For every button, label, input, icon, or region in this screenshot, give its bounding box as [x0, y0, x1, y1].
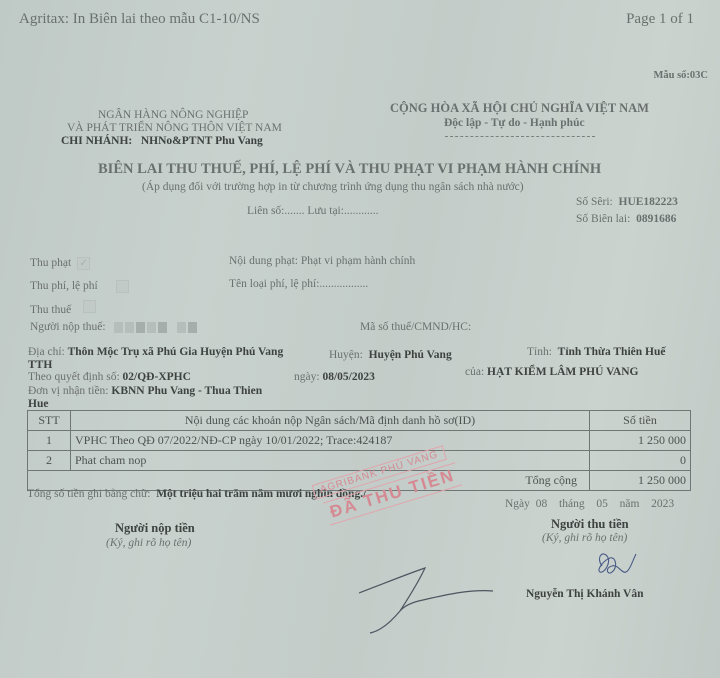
address-value: Thôn Mộc Trụ xã Phú Gia Huyện Phú Vang: [68, 346, 284, 358]
decision-date: ngày: 08/05/2023: [294, 371, 375, 383]
receipt-number: Số Biên lai: 0891686: [576, 213, 676, 225]
row-stt: 2: [28, 451, 71, 471]
collector-signature-icon: [592, 548, 642, 580]
category-label: Thu thuế: [30, 304, 71, 316]
province-value: Tỉnh Thừa Thiên Huế: [558, 346, 666, 358]
receipt-no-label: Số Biên lai:: [576, 213, 630, 225]
district-label: Huyện:: [329, 349, 363, 361]
issuer-line-2: VÀ PHÁT TRIỂN NÔNG THÔN VIỆT NAM: [67, 122, 282, 134]
receiver-continuation: Hue: [28, 398, 48, 410]
print-header-title: Agritax: In Biên lai theo mẫu C1-10/NS: [19, 11, 260, 28]
decision: Theo quyết định số: 02/QĐ-XPHC: [28, 371, 191, 383]
penalty-content-value: Phạt vi phạm hành chính: [301, 255, 415, 267]
row-amount: 0: [590, 451, 691, 471]
receiver-value: KBNN Phu Vang - Thua Thien: [111, 385, 262, 397]
collector-name: Nguyễn Thị Khánh Vân: [526, 588, 644, 600]
issuer-line-1: NGÂN HÀNG NÔNG NGHIỆP: [98, 109, 248, 121]
collector-signature-title: Người thu tiền: [551, 517, 629, 532]
province-label: Tỉnh:: [527, 346, 552, 358]
checkbox-icon[interactable]: [83, 300, 96, 313]
serial-number: Số Sêri: HUE182223: [576, 196, 678, 208]
decision-issuer: của: HẠT KIỂM LÂM PHÚ VANG: [465, 366, 638, 378]
category-thu-phi: Thu phí, lệ phí: [30, 280, 129, 293]
category-thu-phat: Thu phạt✓: [30, 257, 90, 270]
receiver-label: Đơn vị nhận tiền:: [28, 385, 109, 397]
serial-value: HUE182223: [619, 196, 678, 208]
receiver: Đơn vị nhận tiền: KBNN Phu Vang - Thua T…: [28, 385, 262, 397]
page-indicator: Page 1 of 1: [626, 11, 694, 28]
province: Tỉnh: Tỉnh Thừa Thiên Huế: [527, 346, 665, 358]
checkbox-icon[interactable]: [116, 280, 129, 293]
branch-label: CHI NHÁNH:: [61, 135, 132, 147]
total-value: 1 250 000: [590, 471, 691, 491]
address: Địa chỉ: Thôn Mộc Trụ xã Phú Gia Huyện P…: [28, 346, 283, 358]
decision-value: 02/QĐ-XPHC: [123, 371, 191, 383]
row-content: VPHC Theo QĐ 07/2022/NĐ-CP ngày 10/01/20…: [71, 431, 590, 451]
district: Huyện: Huyện Phú Vang: [329, 349, 452, 361]
motto-underline: [445, 136, 595, 137]
amount-in-words-label: Tổng số tiền ghi bằng chữ:: [27, 488, 150, 500]
document-title: BIÊN LAI THU THUẾ, PHÍ, LỆ PHÍ VÀ THU PH…: [98, 161, 601, 178]
payer-label: Người nộp thuế:: [30, 321, 106, 333]
address-label: Địa chỉ:: [28, 346, 65, 358]
collector-signature-note: (Ký, ghi rõ họ tên): [542, 532, 627, 544]
receipt-no-value: 0891686: [636, 213, 676, 225]
row-stt: 1: [28, 431, 71, 451]
decision-issuer-label: của:: [465, 366, 484, 378]
table-header-row: STT Nội dung các khoản nộp Ngân sách/Mã …: [28, 411, 691, 431]
fee-type: Tên loại phí, lệ phí:.................: [229, 278, 368, 290]
branch-value: NHNo&PTNT Phu Vang: [141, 135, 263, 147]
payer-row: Người nộp thuế:: [30, 321, 199, 333]
payer-signature-icon: [355, 565, 505, 635]
category-thu-thue: Thu thuế: [30, 304, 96, 317]
table-row: 1 VPHC Theo QĐ 07/2022/NĐ-CP ngày 10/01/…: [28, 431, 691, 451]
payer-signature-title: Người nộp tiền: [115, 521, 195, 536]
penalty-content: Nội dung phạt: Phạt vi phạm hành chính: [229, 255, 415, 267]
col-header-content: Nội dung các khoản nộp Ngân sách/Mã định…: [71, 411, 590, 431]
decision-label: Theo quyết định số:: [28, 371, 120, 383]
payer-signature-note: (Ký, ghi rõ họ tên): [106, 537, 191, 549]
penalty-content-label: Nội dung phạt:: [229, 255, 298, 267]
category-label: Thu phạt: [30, 257, 71, 269]
tax-id-label: Mã số thuế/CMND/HC:: [360, 321, 471, 333]
national-motto: Độc lập - Tự do - Hạnh phúc: [444, 117, 585, 129]
row-content: Phat cham nop: [71, 451, 590, 471]
address-continuation: TTH: [28, 359, 52, 371]
category-label: Thu phí, lệ phí: [30, 280, 98, 292]
decision-date-label: ngày:: [294, 371, 320, 383]
decision-date-value: 08/05/2023: [322, 371, 374, 383]
col-header-stt: STT: [28, 411, 71, 431]
national-title: CỘNG HÒA XÃ HỘI CHỦ NGHĨA VIỆT NAM: [390, 101, 649, 116]
serial-label: Số Sêri:: [576, 196, 613, 208]
row-amount: 1 250 000: [590, 431, 691, 451]
copy-line: Liên số:....... Lưu tại:............: [247, 205, 378, 217]
receipt-date: Ngày 08 tháng 05 năm 2023: [505, 498, 674, 510]
checkbox-checked-icon[interactable]: ✓: [77, 257, 90, 270]
payer-name-redacted: [114, 321, 199, 333]
form-code: Mẫu số:03C: [653, 70, 708, 81]
document-subtitle: (Áp dụng đối với trường hợp in từ chương…: [142, 181, 524, 193]
decision-issuer-value: HẠT KIỂM LÂM PHÚ VANG: [487, 366, 638, 378]
district-value: Huyện Phú Vang: [369, 349, 452, 361]
col-header-amount: Số tiền: [590, 411, 691, 431]
issuer-branch: CHI NHÁNH: NHNo&PTNT Phu Vang: [61, 135, 263, 147]
